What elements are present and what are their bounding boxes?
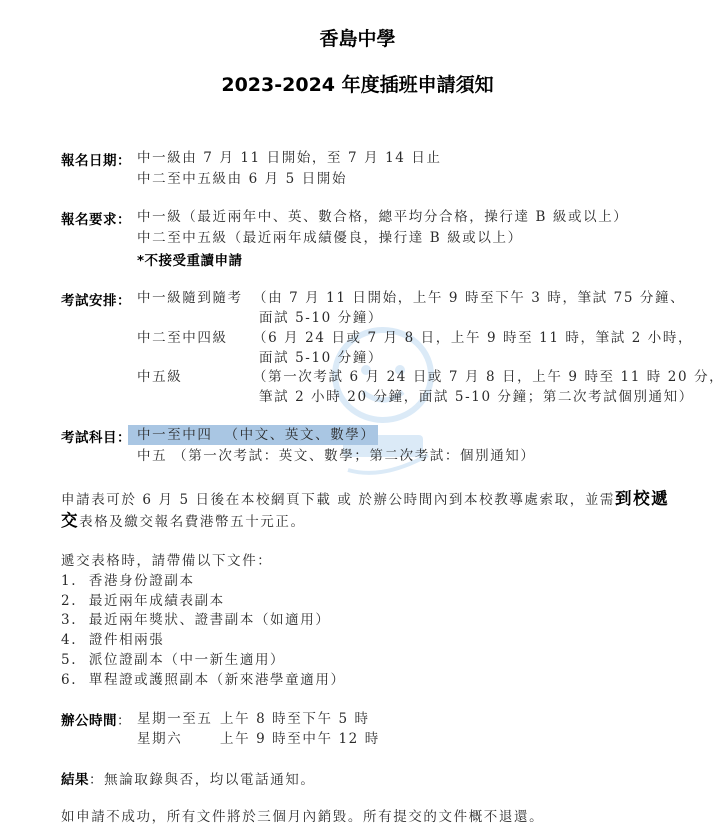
exam-grade-s1: 中一級隨到隨考: [137, 288, 243, 308]
exam-detail-s5-line-2: 筆試 2 小時 20 分鐘，面試 5-10 分鐘；第二次考試個別通知）: [259, 387, 694, 407]
footer-note: 如申請不成功，所有文件將於三個月內銷毀。所有提交的文件概不退還。: [61, 807, 544, 827]
no-repeat-note: *不接受重讀申請: [137, 249, 243, 269]
requirements-line-1: 中一級（最近兩年中、英、數合格，總平均分合格，操行達 B 級或以上）: [137, 207, 628, 227]
requirements-label: 報名要求：: [61, 208, 131, 228]
result-line: 結果：無論取錄與否，均以電話通知。: [61, 768, 316, 790]
exam-subjects-line-2: 中五 （第一次考試：英文、數學；第二次考試：個別通知）: [137, 446, 536, 466]
exam-detail-s2-s4-line-2: 面試 5-10 分鐘）: [259, 348, 383, 368]
exam-arrangement-label: 考試安排：: [61, 289, 131, 309]
school-name: 香島中學: [0, 24, 715, 51]
exam-subjects-grade: 中一至中四: [137, 427, 213, 443]
exam-detail-s1-line-1: （由 7 月 11 日開始，上午 9 時至下午 3 時，筆試 75 分鐘、: [253, 288, 685, 308]
exam-detail-s1-line-2: 面試 5-10 分鐘）: [259, 308, 383, 328]
documents-item-3: 3. 最近兩年獎狀、證書副本（如適用）: [61, 610, 330, 630]
office-hours-weekdays: 星期一至五: [137, 709, 213, 729]
documents-item-4: 4. 證件相兩張: [61, 630, 164, 650]
documents-item-2: 2. 最近兩年成績表副本: [61, 591, 225, 611]
office-hours-colon: ：: [117, 713, 132, 729]
application-bold-1: 到校遞: [615, 489, 669, 508]
application-text-1: 申請表可於 6 月 5 日後在本校網頁下載 或 於辦公時間內到本校教導處索取，並…: [61, 492, 615, 508]
office-hours-weekdays-time: 上午 8 時至下午 5 時: [220, 709, 370, 729]
registration-date-line-1: 中一級由 7 月 11 日開始，至 7 月 14 日止: [137, 148, 442, 168]
documents-item-5: 5. 派位證副本（中一新生適用）: [61, 650, 285, 670]
exam-subjects-label: 考試科目：: [61, 426, 131, 446]
registration-date-line-2: 中二至中五級由 6 月 5 日開始: [137, 169, 347, 189]
documents-item-1: 1. 香港身份證副本: [61, 571, 195, 591]
application-paragraph-line-2: 交表格及繳交報名費港幣五十元正。: [61, 511, 306, 532]
exam-grade-s5: 中五級: [137, 367, 182, 387]
exam-detail-s5-line-1: （第一次考試 6 月 24 日或 7 月 8 日，上午 9 時至 11 時 20…: [253, 367, 715, 387]
exam-grade-s2-s4: 中二至中四級: [137, 328, 228, 348]
office-hours-saturday-time: 上午 9 時至中午 12 時: [220, 729, 380, 749]
result-label: 結果: [61, 772, 89, 788]
office-hours-saturday: 星期六: [137, 729, 182, 749]
exam-subjects-line-1-highlighted: 中一至中四（中文、英文、數學）: [128, 425, 378, 445]
office-hours-label: 辦公時間: [61, 713, 117, 729]
application-text-2: 表格及繳交報名費港幣五十元正。: [79, 514, 306, 530]
requirements-line-2: 中二至中五級（最近兩年成績優良，操行達 B 級或以上）: [137, 228, 523, 248]
result-text: ：無論取錄與否，均以電話通知。: [89, 772, 316, 788]
application-bold-2: 交: [61, 511, 79, 530]
document-title: 2023-2024 年度插班申請須知: [0, 70, 715, 97]
documents-intro: 遞交表格時，請帶備以下文件：: [61, 551, 272, 571]
office-hours-label-group: 辦公時間：: [61, 709, 132, 731]
exam-detail-s2-s4-line-1: （6 月 24 日或 7 月 8 日，上午 9 時至 11 時，筆試 2 小時，: [253, 328, 693, 348]
documents-item-6: 6. 單程證或護照副本（新來港學童適用）: [61, 670, 346, 690]
exam-subjects-list: （中文、英文、數學）: [225, 427, 376, 443]
registration-date-label: 報名日期：: [61, 149, 131, 169]
application-paragraph-line-1: 申請表可於 6 月 5 日後在本校網頁下載 或 於辦公時間內到本校教導處索取，並…: [61, 489, 669, 510]
